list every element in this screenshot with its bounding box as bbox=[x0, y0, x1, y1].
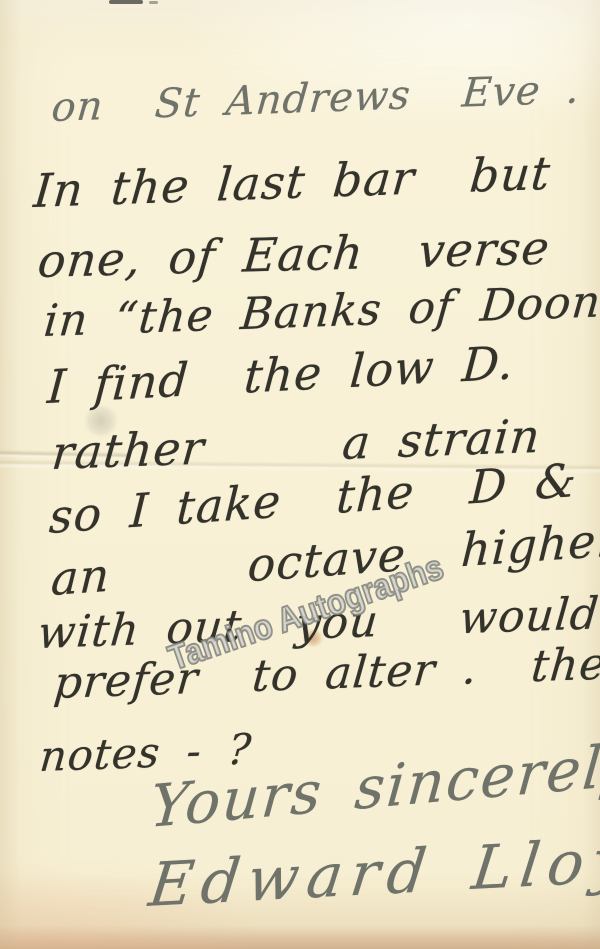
handwriting-line: one, of Each verse bbox=[36, 224, 552, 284]
scan-edge-mark bbox=[109, 0, 143, 4]
scan-edge-mark bbox=[149, 1, 158, 4]
scanned-letter: on St Andrews Eve . In the last bar but … bbox=[0, 0, 600, 949]
